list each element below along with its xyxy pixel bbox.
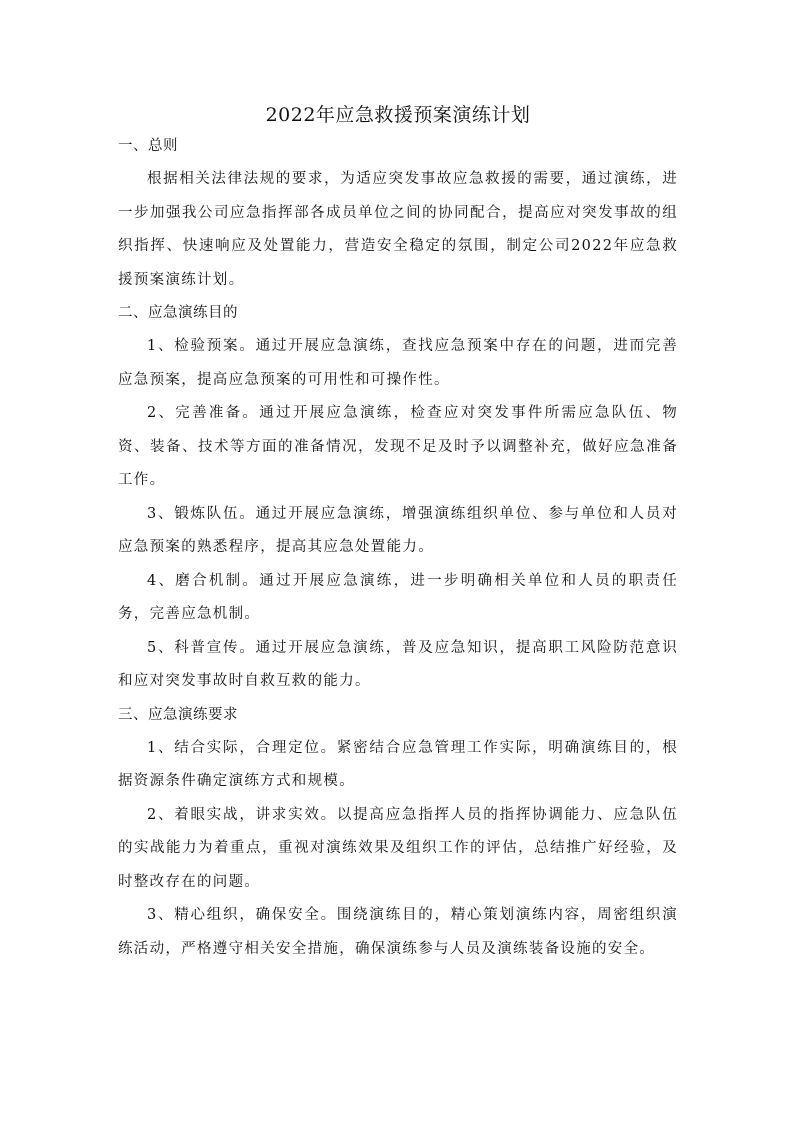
section-requirements: 三、应急演练要求 1、结合实际，合理定位。紧密结合应急管理工作实际，明确演练目的… <box>118 699 678 967</box>
section-heading: 二、应急演练目的 <box>118 297 678 330</box>
section-purpose: 二、应急演练目的 1、检验预案。通过开展应急演练，查找应急预案中存在的问题，进而… <box>118 297 678 699</box>
paragraph: 2、完善准备。通过开展应急演练，检查应对突发事件所需应急队伍、物资、装备、技术等… <box>118 397 678 498</box>
paragraph: 4、磨合机制。通过开展应急演练，进一步明确相关单位和人员的职责任务，完善应急机制… <box>118 565 678 632</box>
paragraph: 3、精心组织，确保安全。围绕演练目的，精心策划演练内容，周密组织演练活动，严格遵… <box>118 899 678 966</box>
document-title: 2022年应急救援预案演练计划 <box>118 100 678 130</box>
document-page: 2022年应急救援预案演练计划 一、总则 根据相关法律法规的要求，为适应突发事故… <box>118 100 678 966</box>
paragraph: 根据相关法律法规的要求，为适应突发事故应急救援的需要，通过演练，进一步加强我公司… <box>118 163 678 297</box>
section-heading: 一、总则 <box>118 130 678 163</box>
section-general: 一、总则 根据相关法律法规的要求，为适应突发事故应急救援的需要，通过演练，进一步… <box>118 130 678 297</box>
paragraph: 1、结合实际，合理定位。紧密结合应急管理工作实际，明确演练目的，根据资源条件确定… <box>118 732 678 799</box>
paragraph: 5、科普宣传。通过开展应急演练，普及应急知识，提高职工风险防范意识和应对突发事故… <box>118 632 678 699</box>
paragraph: 3、锻炼队伍。通过开展应急演练，增强演练组织单位、参与单位和人员对应急预案的熟悉… <box>118 498 678 565</box>
paragraph: 2、着眼实战，讲求实效。以提高应急指挥人员的指挥协调能力、应急队伍的实战能力为着… <box>118 799 678 900</box>
section-heading: 三、应急演练要求 <box>118 699 678 732</box>
paragraph: 1、检验预案。通过开展应急演练，查找应急预案中存在的问题，进而完善应急预案，提高… <box>118 330 678 397</box>
